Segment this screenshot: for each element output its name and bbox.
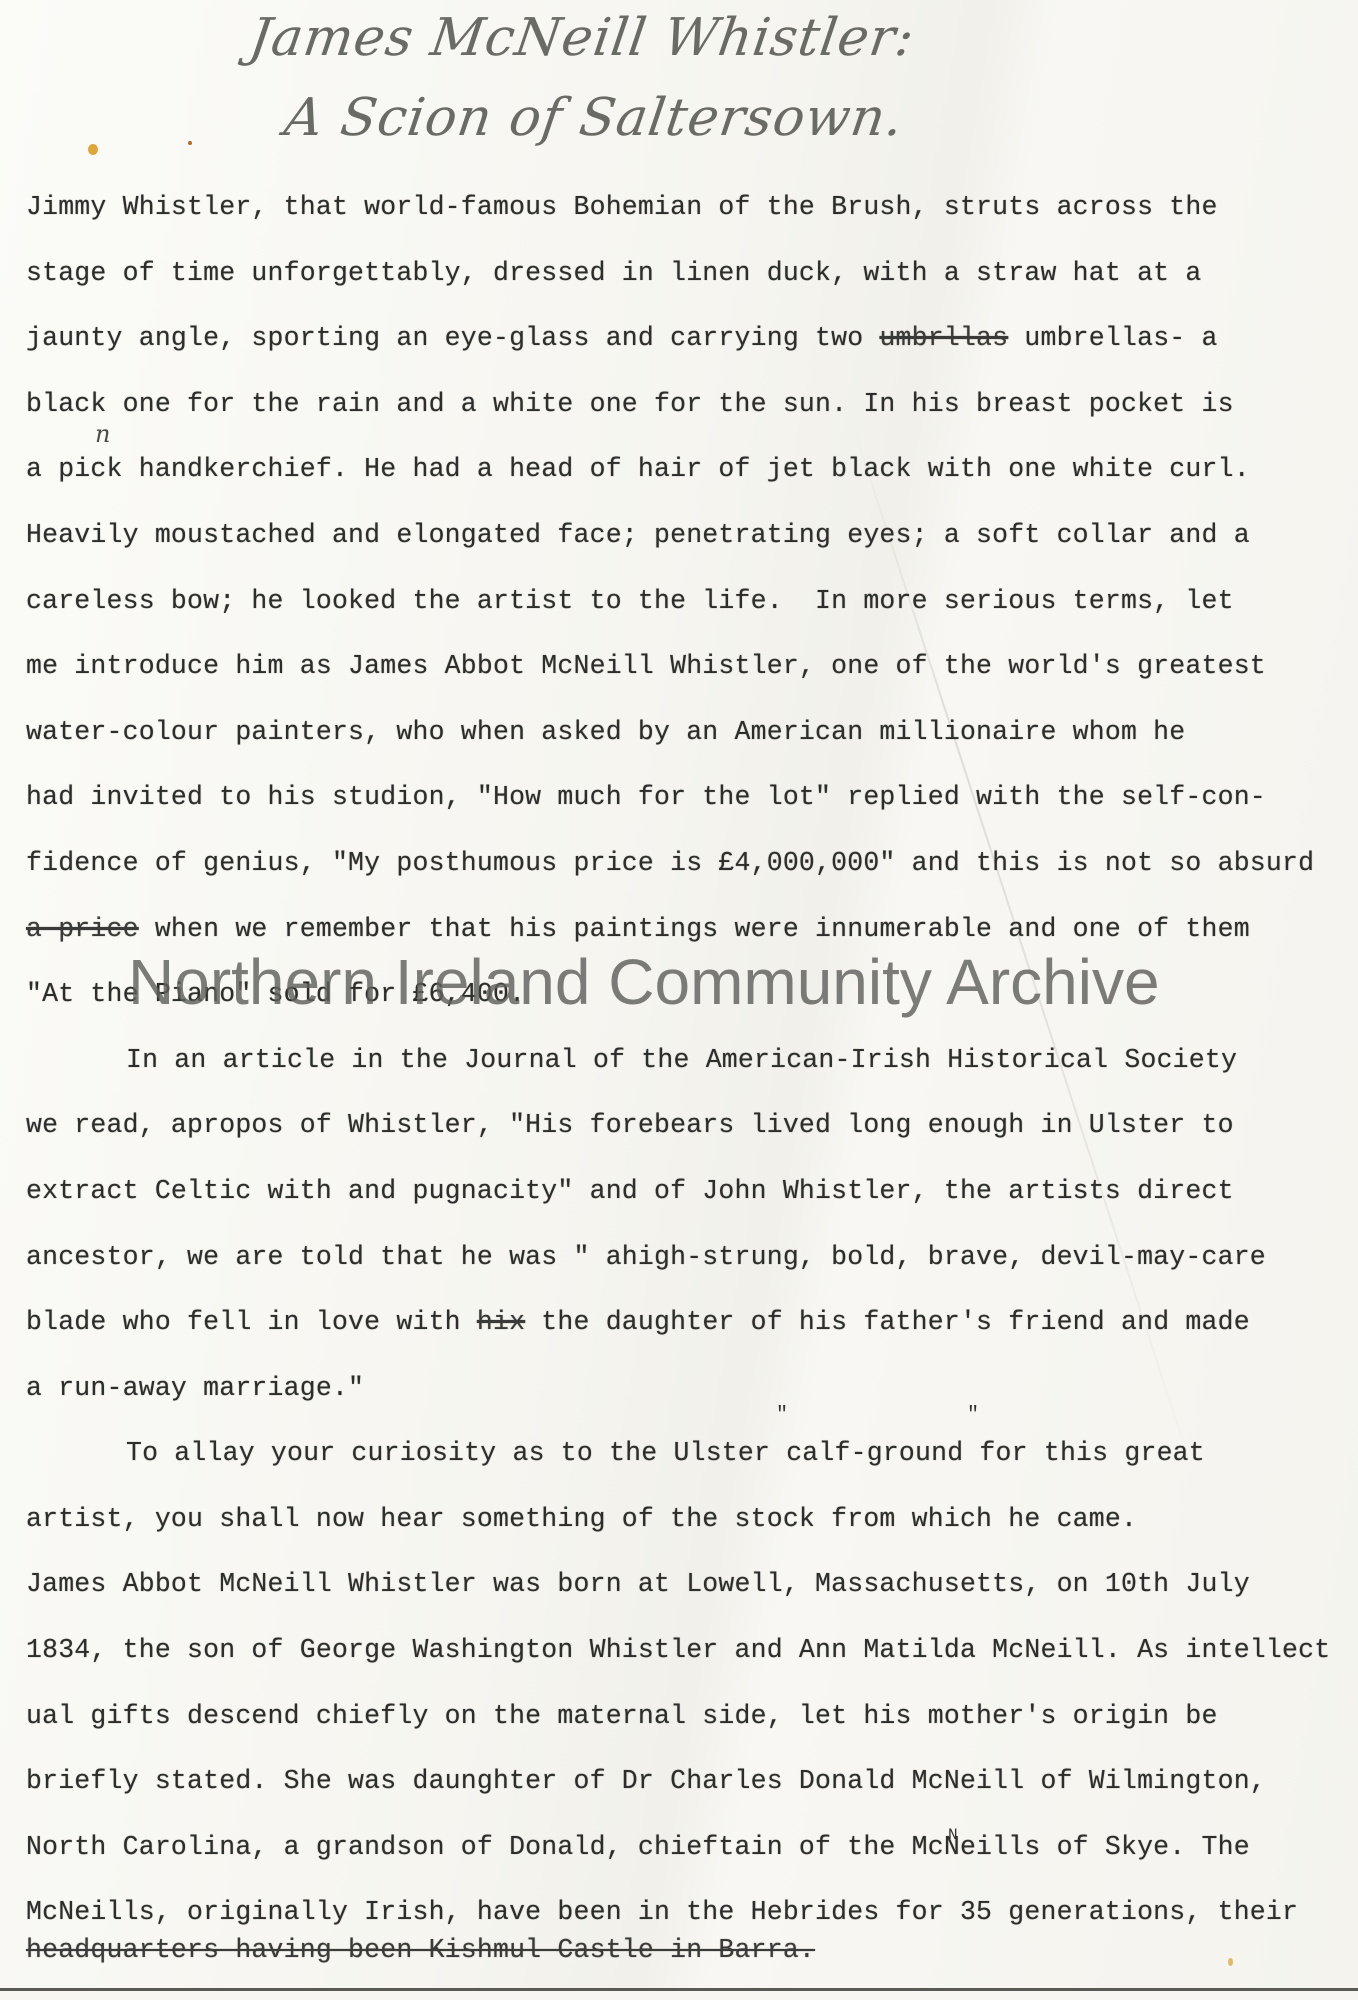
rust-stain bbox=[188, 141, 192, 145]
typed-line: jaunty angle, sporting an eye-glass and … bbox=[26, 315, 1346, 381]
typed-line: careless bow; he looked the artist to th… bbox=[26, 578, 1346, 644]
typed-line: artist, you shall now hear something of … bbox=[26, 1496, 1346, 1562]
typed-line: ual gifts descend chiefly on the materna… bbox=[26, 1693, 1346, 1759]
struck-out-text: umbrllas bbox=[879, 323, 1008, 353]
typed-line: To allay your curiosity as to the Ulster… bbox=[26, 1430, 1346, 1496]
document-page: James McNeill Whistler: A Scion of Salte… bbox=[0, 0, 1358, 1991]
typed-line: Jimmy Whistler, that world-famous Bohemi… bbox=[26, 184, 1346, 250]
typed-line: water-colour painters, who when asked by… bbox=[26, 709, 1346, 775]
overtyped-line: headquarters having been Kishmul Castle … bbox=[26, 1927, 1346, 1993]
typed-line: ancestor, we are told that he was " ahig… bbox=[26, 1234, 1346, 1300]
handwritten-title-line-2: A Scion of Saltersown. bbox=[281, 88, 908, 148]
handwritten-title-line-1: James McNeill Whistler: bbox=[246, 8, 919, 68]
typed-line: blade who fell in love with hix the daug… bbox=[26, 1299, 1346, 1365]
typed-line: had invited to his studion, "How much fo… bbox=[26, 774, 1346, 840]
typed-line: briefly stated. She was daunghter of Dr … bbox=[26, 1758, 1346, 1824]
archive-watermark: Northern Ireland Community Archive bbox=[128, 945, 1248, 1019]
typed-line: stage of time unforgettably, dressed in … bbox=[26, 250, 1346, 316]
typed-line: a pick handkerchief. He had a head of ha… bbox=[26, 446, 1346, 512]
typed-line: North Carolina, a grandson of Donald, ch… bbox=[26, 1824, 1346, 1890]
typed-line: Heavily moustached and elongated face; p… bbox=[26, 512, 1346, 578]
typed-line: me introduce him as James Abbot McNeill … bbox=[26, 643, 1346, 709]
typed-line: a run-away marriage." bbox=[26, 1365, 1346, 1431]
struck-out-text: a price bbox=[26, 914, 139, 944]
typed-line: black one for the rain and a white one f… bbox=[26, 381, 1346, 447]
typed-line: we read, apropos of Whistler, "His foreb… bbox=[26, 1102, 1346, 1168]
typed-line: extract Celtic with and pugnacity" and o… bbox=[26, 1168, 1346, 1234]
rust-stain bbox=[88, 144, 98, 155]
struck-out-text: hix bbox=[477, 1307, 525, 1337]
typed-line: In an article in the Journal of the Amer… bbox=[26, 1037, 1346, 1103]
typed-line: fidence of genius, "My posthumous price … bbox=[26, 840, 1346, 906]
typewritten-body: Jimmy Whistler, that world-famous Bohemi… bbox=[26, 184, 1346, 1993]
typed-line: 1834, the son of George Washington Whist… bbox=[26, 1627, 1346, 1693]
typed-line: James Abbot McNeill Whistler was born at… bbox=[26, 1561, 1346, 1627]
